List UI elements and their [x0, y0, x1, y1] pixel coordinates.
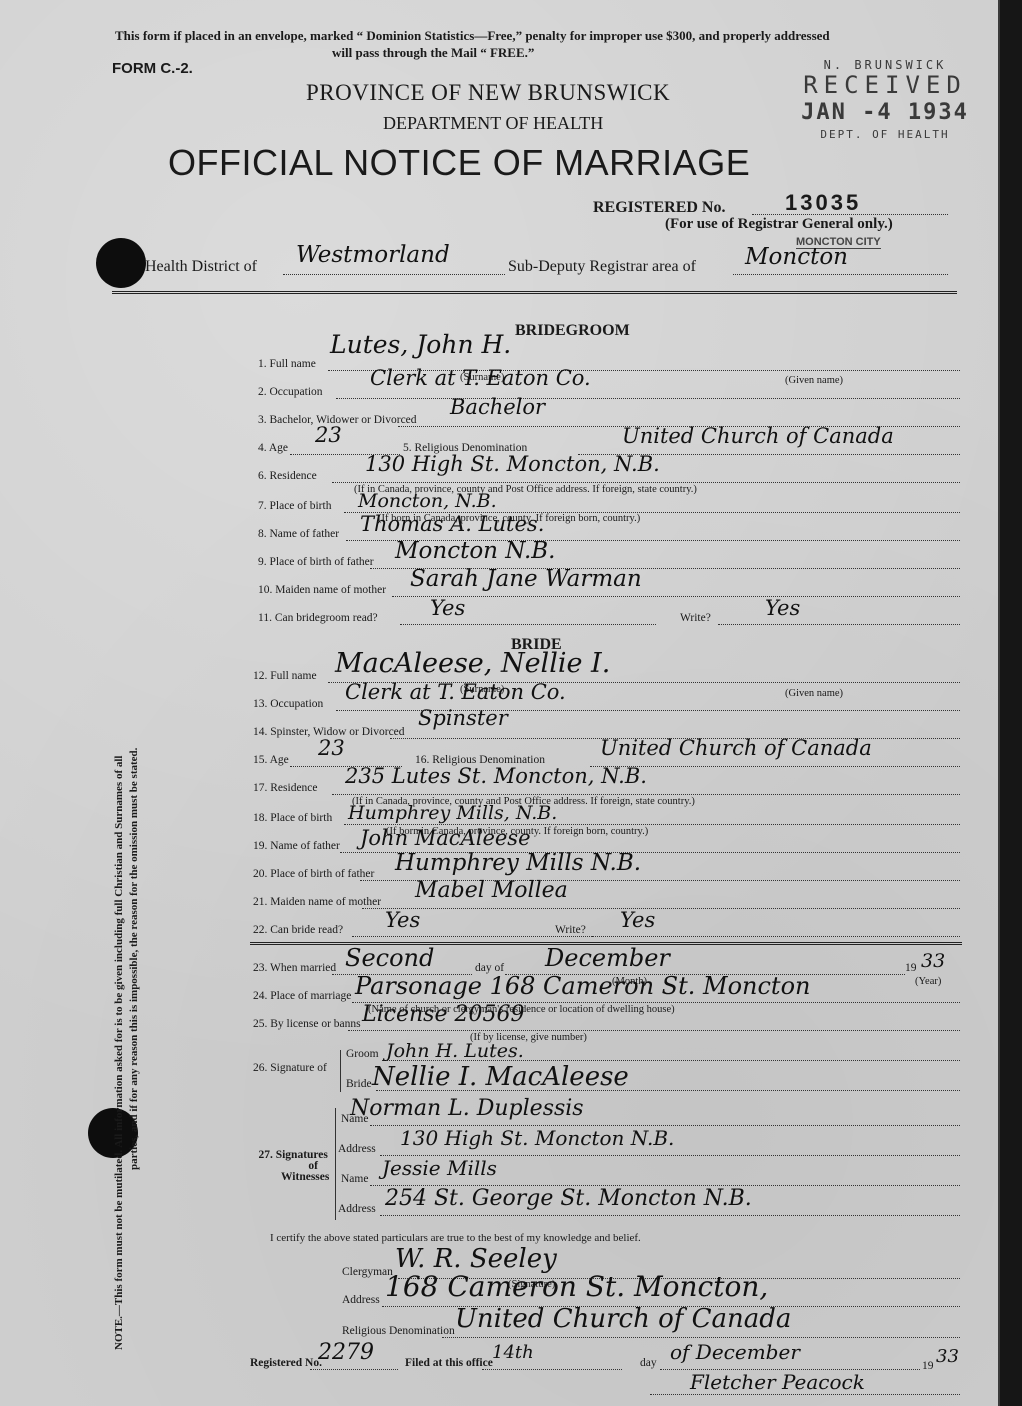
bride-father-birthplace: Humphrey Mills N.B. — [395, 850, 641, 876]
bride-full-name: MacAleese, Nellie I. — [335, 648, 610, 679]
postal-notice-line2: will pass through the Mail “ FREE.” — [332, 45, 534, 61]
field-label: 6. Residence — [258, 470, 317, 482]
bride-can-write: Yes — [620, 908, 655, 932]
side-note: NOTE.—This form must not be mutilated. A… — [112, 450, 142, 1350]
witness1-name: Norman L. Duplessis — [350, 1096, 584, 1121]
field-label: 15. Age — [253, 754, 289, 766]
groom-can-read: Yes — [430, 596, 465, 620]
field-label: 19. Name of father — [253, 840, 340, 852]
given-name-hint: (Given name) — [785, 375, 843, 386]
dotted-line — [733, 274, 948, 275]
field-number: 8. — [258, 528, 267, 540]
field-number: 12. — [253, 670, 267, 682]
field-label: 4. Age — [258, 442, 288, 454]
witnesses-label: 27. Signatures of Witnesses — [257, 1150, 329, 1183]
field-number: 15. — [253, 754, 267, 766]
stamp-line1: N. BRUNSWICK — [790, 58, 980, 72]
groom-father-birthplace: Moncton N.B. — [395, 538, 555, 564]
filed-day-label: day — [640, 1357, 657, 1369]
filed-year-prefix: 19 — [922, 1360, 934, 1372]
dotted-line — [650, 1394, 960, 1395]
field-number: 11. — [258, 612, 272, 624]
groom-birthplace: Moncton, N.B. — [358, 490, 497, 512]
horizontal-rule — [112, 291, 957, 294]
field-name: Age — [270, 754, 289, 766]
dotted-line — [332, 794, 960, 795]
field-label: 18. Place of birth — [253, 812, 332, 824]
stamp-received: RECEIVED — [790, 72, 980, 98]
registered-no-bottom: 2279 — [318, 1340, 374, 1365]
bride-signature: Nellie I. MacAleese — [372, 1062, 629, 1092]
field-number: 18. — [253, 812, 267, 824]
field-number: 20. — [253, 868, 267, 880]
sub-deputy-value: Moncton — [745, 244, 848, 270]
field-number: 9. — [258, 556, 267, 568]
field-label: 9. Place of birth of father — [258, 556, 374, 568]
write-label: Write? — [680, 612, 711, 624]
registrar-general-note: (For use of Registrar General only.) — [665, 216, 893, 233]
dotted-line — [482, 1369, 622, 1370]
field-number: 26. — [253, 1062, 267, 1074]
clergy-denomination-label: Religious Denomination — [342, 1325, 455, 1337]
side-note-line1: NOTE.—This form must not be mutilated. A… — [112, 450, 127, 1350]
year-prefix: 19 — [905, 962, 917, 974]
field-number: 22. — [253, 924, 267, 936]
field-label: 17. Residence — [253, 782, 318, 794]
dotted-line — [344, 824, 960, 825]
groom-full-name: Lutes, John H. — [330, 330, 511, 359]
registered-no-bottom-label: Registered No. — [250, 1357, 322, 1369]
field-name: Maiden name of mother — [270, 896, 381, 908]
groom-can-write: Yes — [765, 596, 800, 620]
groom-marital-status: Bachelor — [450, 395, 545, 419]
postal-notice-line1: This form if placed in an envelope, mark… — [115, 28, 830, 44]
field-label: 20. Place of birth of father — [253, 868, 374, 880]
marriage-month: December — [545, 944, 670, 972]
marriage-year: 33 — [921, 950, 945, 972]
bride-marital-status: Spinster — [418, 706, 508, 730]
registered-number: 13035 — [785, 190, 861, 216]
sub-deputy-label: Sub-Deputy Registrar area of — [508, 258, 696, 276]
bride-occupation: Clerk at T. Eaton Co. — [345, 680, 566, 704]
clergy-address: 168 Cameron St. Moncton, — [385, 1270, 768, 1303]
dotted-line — [592, 936, 960, 937]
field-number: 7. — [258, 500, 267, 512]
field-number: 6. — [258, 470, 267, 482]
field-label: 7. Place of birth — [258, 500, 331, 512]
dotted-line — [400, 624, 656, 625]
form-number: FORM C.-2. — [112, 60, 193, 77]
field-number: 3. — [258, 414, 267, 426]
stamp-date: JAN -4 1934 — [790, 98, 980, 128]
stamp-line3: DEPT. OF HEALTH — [790, 128, 980, 141]
field-label: 12. Full name — [253, 670, 317, 682]
marriage-day: Second — [345, 944, 434, 972]
field-label: 8. Name of father — [258, 528, 339, 540]
registered-no-label: REGISTERED No. — [593, 199, 725, 217]
field-number: 19. — [253, 840, 267, 852]
given-name-hint: (Given name) — [785, 688, 843, 699]
field-label: 11. Can bridegroom read? — [258, 612, 378, 624]
witness2-name-label: Name — [341, 1173, 368, 1185]
bride-religion: United Church of Canada — [600, 736, 872, 760]
received-stamp: N. BRUNSWICK RECEIVED JAN -4 1934 DEPT. … — [790, 58, 980, 141]
field-name: Residence — [270, 782, 317, 794]
health-district-label: Health District of — [145, 258, 257, 276]
health-district-value: Westmorland — [296, 242, 450, 268]
field-name: Place of birth — [270, 500, 332, 512]
field-name: Name of father — [270, 840, 340, 852]
bridegroom-heading: BRIDEGROOM — [515, 322, 630, 340]
field-number: 4. — [258, 442, 267, 454]
field-number: 25. — [253, 1018, 267, 1030]
clergy-denomination: United Church of Canada — [455, 1304, 791, 1334]
field-label: 10. Maiden name of mother — [258, 584, 386, 596]
witness1-address: 130 High St. Moncton N.B. — [400, 1126, 674, 1150]
filed-label: Filed at this office — [405, 1357, 493, 1369]
dotted-line — [283, 274, 505, 275]
field-name: Full name — [270, 358, 316, 370]
field-label: 24. Place of marriage — [253, 990, 351, 1002]
groom-father-name: Thomas A. Lutes. — [360, 512, 544, 536]
field-number: 2. — [258, 386, 267, 398]
dotted-line — [718, 624, 960, 625]
field-name: Full name — [270, 670, 316, 682]
year-hint: (Year) — [915, 976, 941, 987]
field-label: 1. Full name — [258, 358, 316, 370]
field-label: 23. When married — [253, 962, 336, 974]
dotted-line — [332, 482, 960, 483]
field-name: Occupation — [270, 386, 323, 398]
witness2-address-label: Address — [338, 1203, 376, 1215]
groom-religion: United Church of Canada — [622, 424, 894, 448]
dotted-line — [362, 908, 960, 909]
bride-can-read: Yes — [385, 908, 420, 932]
groom-occupation: Clerk at T. Eaton Co. — [370, 366, 591, 390]
field-name: When married — [270, 962, 336, 974]
write-label: Write? — [555, 924, 586, 936]
bride-mother-maiden-name: Mabel Mollea — [415, 878, 568, 903]
field-name: Name of father — [270, 528, 340, 540]
groom-residence: 130 High St. Moncton, N.B. — [365, 452, 660, 476]
dotted-line — [380, 1215, 960, 1216]
brace — [340, 1050, 341, 1092]
witness2-name: Jessie Mills — [382, 1156, 497, 1180]
field-name: Residence — [270, 470, 317, 482]
filed-month: of December — [670, 1340, 800, 1364]
groom-mother-maiden-name: Sarah Jane Warman — [410, 566, 642, 592]
field-number: 13. — [253, 698, 267, 710]
marriage-license: License 20569 — [362, 1002, 524, 1027]
witnesses-label-line3: Witnesses — [257, 1171, 329, 1183]
witness2-address: 254 St. George St. Moncton N.B. — [385, 1186, 752, 1211]
province-heading: PROVINCE OF NEW BRUNSWICK — [306, 80, 670, 106]
field-label: 26. Signature of — [253, 1062, 327, 1074]
witness1-address-label: Address — [338, 1143, 376, 1155]
field-name: Bachelor, Widower or Divorced — [270, 414, 417, 426]
scan-edge — [998, 0, 1022, 1406]
field-number: 24. — [253, 990, 267, 1002]
groom-signature: John H. Lutes. — [386, 1040, 524, 1062]
field-name: Maiden name of mother — [275, 584, 386, 596]
registrar-signature: Fletcher Peacock — [690, 1370, 865, 1394]
filed-year: 33 — [936, 1346, 959, 1367]
punch-hole-top — [96, 238, 146, 288]
bride-father-name: John MacAleese — [360, 826, 531, 850]
groom-label: Groom — [346, 1048, 379, 1060]
field-name: By license or banns — [270, 1018, 360, 1030]
filed-day: 14th — [492, 1342, 534, 1363]
brace — [335, 1108, 336, 1220]
field-name: Can bride read? — [270, 924, 343, 936]
field-name: Place of marriage — [270, 990, 351, 1002]
bride-residence: 235 Lutes St. Moncton, N.B. — [345, 764, 647, 788]
dotted-line — [310, 1369, 398, 1370]
field-number: 17. — [253, 782, 267, 794]
field-label: 21. Maiden name of mother — [253, 896, 381, 908]
bride-birthplace: Humphrey Mills, N.B. — [348, 802, 557, 824]
field-number: 14. — [253, 726, 267, 738]
field-number: 21. — [253, 896, 267, 908]
field-number: 23. — [253, 962, 267, 974]
dotted-line — [336, 398, 960, 399]
field-name: Occupation — [270, 698, 323, 710]
field-label: 2. Occupation — [258, 386, 323, 398]
certification-statement: I certify the above stated particulars a… — [270, 1232, 641, 1244]
field-label: 22. Can bride read? — [253, 924, 343, 936]
bride-label: Bride — [346, 1078, 372, 1090]
dotted-line — [392, 596, 960, 597]
field-name: Place of birth of father — [270, 556, 374, 568]
document-title: OFFICIAL NOTICE OF MARRIAGE — [168, 142, 750, 184]
dotted-line — [348, 1030, 960, 1031]
side-note-line2: parties, and if for any reason this is i… — [127, 450, 142, 1350]
groom-age: 23 — [315, 423, 342, 447]
field-name: Place of birth of father — [270, 868, 374, 880]
field-name: Can bridegroom read? — [275, 612, 378, 624]
dotted-line — [442, 1337, 960, 1338]
marriage-notice-page: This form if placed in an envelope, mark… — [0, 0, 998, 1406]
field-number: 10. — [258, 584, 272, 596]
field-label: 13. Occupation — [253, 698, 323, 710]
bride-age: 23 — [318, 736, 345, 760]
department-heading: DEPARTMENT OF HEALTH — [383, 113, 603, 134]
field-name: Age — [269, 442, 288, 454]
field-number: 1. — [258, 358, 267, 370]
marriage-place: Parsonage 168 Cameron St. Moncton — [355, 972, 810, 1000]
field-label: 25. By license or banns — [253, 1018, 361, 1030]
field-name: Signature of — [270, 1062, 327, 1074]
clergy-address-label: Address — [342, 1294, 380, 1306]
field-name: Place of birth — [270, 812, 332, 824]
